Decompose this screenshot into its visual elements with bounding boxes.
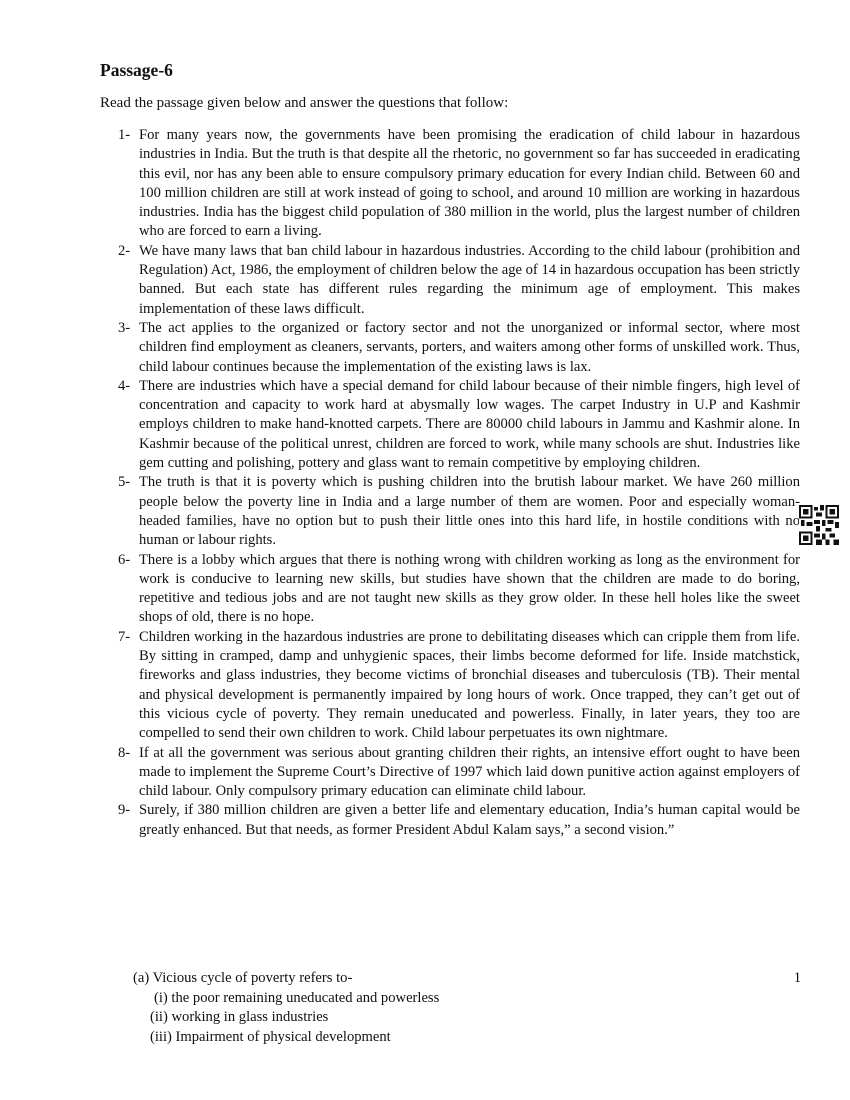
instruction-text: Read the passage given below and answer … xyxy=(100,95,508,112)
paragraph-number: 8- xyxy=(118,744,130,763)
paragraph-3: 3-The act applies to the organized or fa… xyxy=(118,319,800,377)
paragraph-7: 7-Children working in the hazardous indu… xyxy=(118,628,800,744)
paragraph-number: 9- xyxy=(118,801,130,820)
option-iii: (iii) Impairment of physical development xyxy=(133,1028,801,1048)
option-i: (i) the poor remaining uneducated and po… xyxy=(133,989,801,1009)
question-a: (a) Vicious cycle of poverty refers to- … xyxy=(133,969,801,1048)
option-ii: (ii) working in glass industries xyxy=(133,1008,801,1028)
paragraph-number: 6- xyxy=(118,551,130,570)
paragraph-text: There are industries which have a specia… xyxy=(139,378,800,471)
passage-title: Passage-6 xyxy=(100,60,173,81)
paragraph-text: The truth is that it is poverty which is… xyxy=(139,474,800,548)
paragraph-number: 2- xyxy=(118,242,130,261)
paragraph-number: 1- xyxy=(118,126,130,145)
question-stem: (a) Vicious cycle of poverty refers to- … xyxy=(133,969,801,989)
paragraph-text: If at all the government was serious abo… xyxy=(139,745,800,800)
question-text: Vicious cycle of poverty refers to- xyxy=(153,970,353,986)
paragraph-text: We have many laws that ban child labour … xyxy=(139,243,800,317)
paragraph-1: 1-For many years now, the governments ha… xyxy=(118,126,800,242)
passage-paragraphs: 1-For many years now, the governments ha… xyxy=(118,126,800,840)
paragraph-text: There is a lobby which argues that there… xyxy=(139,552,800,626)
qr-code-icon xyxy=(799,505,839,545)
paragraph-text: Surely, if 380 million children are give… xyxy=(139,802,800,837)
paragraph-8: 8-If at all the government was serious a… xyxy=(118,744,800,802)
paragraph-number: 4- xyxy=(118,377,130,396)
paragraph-text: Children working in the hazardous indust… xyxy=(139,629,800,741)
paragraph-text: For many years now, the governments have… xyxy=(139,127,800,239)
question-marks: 1 xyxy=(794,969,801,989)
paragraph-number: 5- xyxy=(118,473,130,492)
paragraph-6: 6-There is a lobby which argues that the… xyxy=(118,551,800,628)
paragraph-2: 2-We have many laws that ban child labou… xyxy=(118,242,800,319)
paragraph-9: 9-Surely, if 380 million children are gi… xyxy=(118,801,800,840)
paragraph-text: The act applies to the organized or fact… xyxy=(139,320,800,375)
paragraph-5: 5-The truth is that it is poverty which … xyxy=(118,473,800,550)
paragraph-number: 7- xyxy=(118,628,130,647)
paragraph-number: 3- xyxy=(118,319,130,338)
question-label: (a) xyxy=(133,970,149,986)
paragraph-4: 4-There are industries which have a spec… xyxy=(118,377,800,473)
